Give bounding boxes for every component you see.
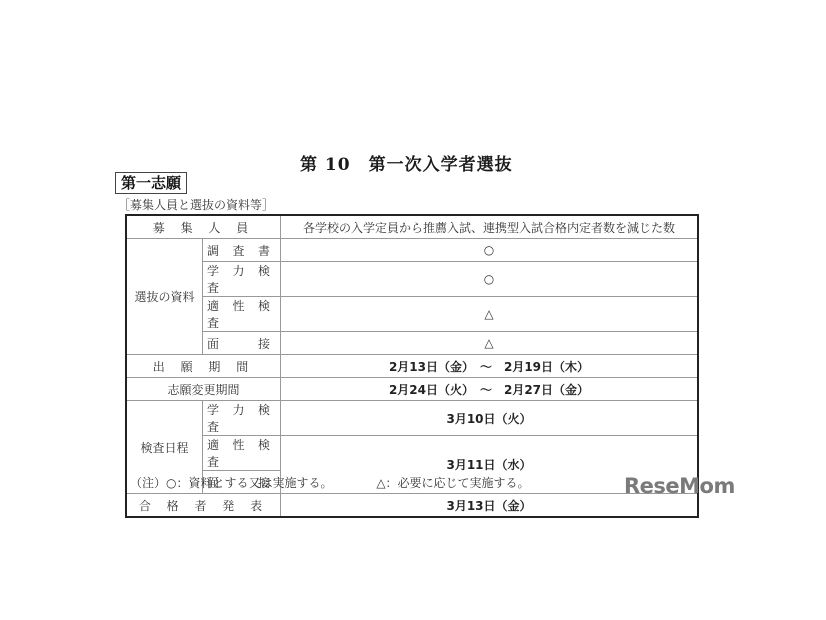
table-row: 募 集 人 員 各学校の入学定員から推薦入試、連携型入試合格内定者数を減じた数 — [126, 215, 698, 239]
legend-note: （注）○：資料とする又は実施する。 △：必要に応じて実施する。 — [130, 474, 570, 491]
note-circle: （注）○：資料とする又は実施する。 — [130, 476, 332, 490]
material-label: 適性検査 — [203, 297, 281, 332]
exam-date: 3月10日（火） — [281, 401, 699, 436]
material-value: ○ — [281, 239, 699, 262]
exam-label: 学力検査 — [203, 401, 281, 436]
material-value: △ — [281, 332, 699, 355]
table-row: 適性検査 △ — [126, 297, 698, 332]
material-label: 学力検査 — [203, 262, 281, 297]
table-row: 学力検査 ○ — [126, 262, 698, 297]
recruitment-value: 各学校の入学定員から推薦入試、連携型入試合格内定者数を減じた数 — [281, 215, 699, 239]
table-row: 出 願 期 間 2月13日（金） ～ 2月19日（木） — [126, 355, 698, 378]
table-row: 適性検査 3月11日（水） — [126, 436, 698, 471]
table-row: 志願変更期間 2月24日（火） ～ 2月27日（金） — [126, 378, 698, 401]
table-row: 検査日程 学力検査 3月10日（火） — [126, 401, 698, 436]
note-triangle: △：必要に応じて実施する。 — [376, 476, 529, 490]
application-period-value: 2月13日（金） ～ 2月19日（木） — [281, 355, 699, 378]
table-row: 面接 △ — [126, 332, 698, 355]
application-period-label: 出 願 期 間 — [126, 355, 281, 378]
selection-materials-label: 選抜の資料 — [126, 239, 203, 355]
material-value: ○ — [281, 262, 699, 297]
material-label: 面接 — [203, 332, 281, 355]
page-title: 第 10 第一次入学者選抜 — [300, 150, 513, 175]
material-value: △ — [281, 297, 699, 332]
selection-table: 募 集 人 員 各学校の入学定員から推薦入試、連携型入試合格内定者数を減じた数 … — [125, 214, 699, 518]
table-caption: ［募集人員と選抜の資料等］ — [118, 196, 274, 213]
table-row: 合 格 者 発 表 3月13日（金） — [126, 494, 698, 518]
change-period-value: 2月24日（火） ～ 2月27日（金） — [281, 378, 699, 401]
announcement-label: 合 格 者 発 表 — [126, 494, 281, 518]
change-period-label: 志願変更期間 — [126, 378, 281, 401]
recruitment-label: 募 集 人 員 — [126, 215, 281, 239]
exam-label: 適性検査 — [203, 436, 281, 471]
material-label: 調査書 — [203, 239, 281, 262]
section-label: 第一志願 — [115, 172, 187, 194]
resemom-logo: ReseMom — [624, 474, 735, 498]
table-row: 選抜の資料 調査書 ○ — [126, 239, 698, 262]
